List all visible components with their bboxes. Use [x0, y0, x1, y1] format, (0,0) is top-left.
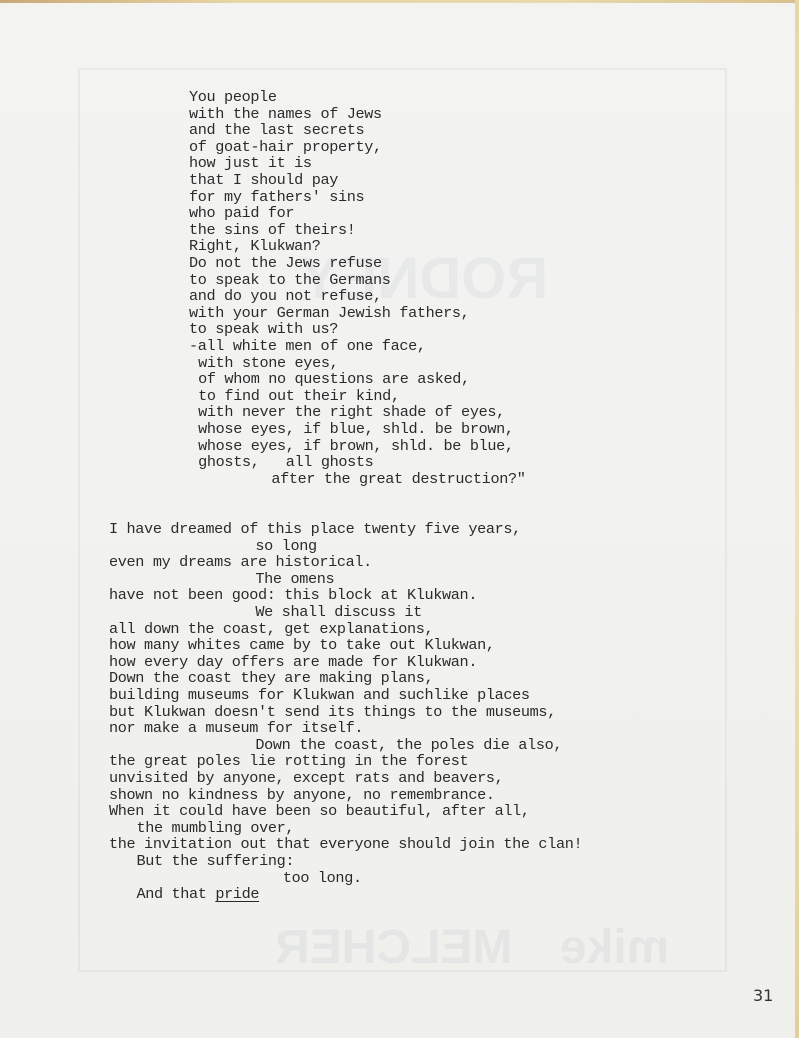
poem-line: shown no kindness by anyone, no remembra…: [109, 787, 495, 804]
underlined-word: pride: [215, 885, 259, 903]
poem-line: The omens: [255, 571, 334, 588]
poem-line: ghosts, all ghosts: [198, 454, 373, 471]
bleed-through-text: MELCHER: [275, 920, 512, 975]
poem-line: for my fathers' sins: [189, 189, 364, 206]
poem-line: even my dreams are historical.: [109, 554, 372, 571]
poem-line: building museums for Klukwan and suchlik…: [109, 687, 530, 704]
poem-line: with stone eyes,: [198, 355, 338, 372]
poem-line: of goat-hair property,: [189, 139, 382, 156]
poem-line: with the names of Jews: [189, 106, 382, 123]
paper-edge-right: [795, 0, 799, 1038]
poem-line: with never the right shade of eyes,: [198, 404, 505, 421]
poem-line: have not been good: this block at Klukwa…: [109, 587, 477, 604]
poem-line: I have dreamed of this place twenty five…: [109, 521, 521, 538]
page-number: 31: [753, 986, 773, 1005]
poem-line: but Klukwan doesn't send its things to t…: [109, 704, 556, 721]
poem-line: how every day offers are made for Klukwa…: [109, 654, 477, 671]
poem-line: that I should pay: [189, 172, 338, 189]
poem-line: so long: [255, 538, 316, 555]
poem-line: to find out their kind,: [198, 388, 400, 405]
poem-line: and the last secrets: [189, 122, 364, 139]
poem-line: of whom no questions are asked,: [198, 371, 470, 388]
poem-line: all down the coast, get explanations,: [109, 621, 433, 638]
poem-line: Right, Klukwan?: [189, 238, 320, 255]
poem-line: Down the coast they are making plans,: [109, 670, 433, 687]
poem-line: unvisited by anyone, except rats and bea…: [109, 770, 503, 787]
bleed-through-text: mike: [560, 920, 669, 975]
poem-line: nor make a museum for itself.: [109, 720, 363, 737]
poem-line: how many whites came by to take out Kluk…: [109, 637, 495, 654]
poem-line: whose eyes, if brown, shld. be blue,: [198, 438, 514, 455]
poem-line: And that pride: [136, 886, 259, 903]
poem-line: We shall discuss it: [255, 604, 422, 621]
poem-line: who paid for: [189, 205, 294, 222]
poem-line: When it could have been so beautiful, af…: [109, 803, 530, 820]
poem-line: the invitation out that everyone should …: [109, 836, 582, 853]
paper-edge-top: [0, 0, 799, 3]
poem-line: But the suffering:: [136, 853, 294, 870]
poem-line: and do you not refuse,: [189, 288, 382, 305]
poem-line: You people: [189, 89, 277, 106]
poem-line: after the great destruction?": [271, 471, 525, 488]
poem-line: -all white men of one face,: [189, 338, 426, 355]
poem-line: whose eyes, if blue, shld. be brown,: [198, 421, 514, 438]
poem-line: how just it is: [189, 155, 312, 172]
poem-line: Down the coast, the poles die also,: [255, 737, 562, 754]
poem-line: the sins of theirs!: [189, 222, 356, 239]
poem-line: to speak to the Germans: [189, 272, 391, 289]
poem-line: with your German Jewish fathers,: [189, 305, 469, 322]
poem-line: Do not the Jews refuse: [189, 255, 382, 272]
poem-line: to speak with us?: [189, 321, 338, 338]
document-page: RODNEY mike MELCHER You peoplewith the n…: [0, 0, 799, 1038]
poem-line: too long.: [283, 870, 362, 887]
poem-line: the great poles lie rotting in the fores…: [109, 753, 468, 770]
poem-line: the mumbling over,: [136, 820, 294, 837]
